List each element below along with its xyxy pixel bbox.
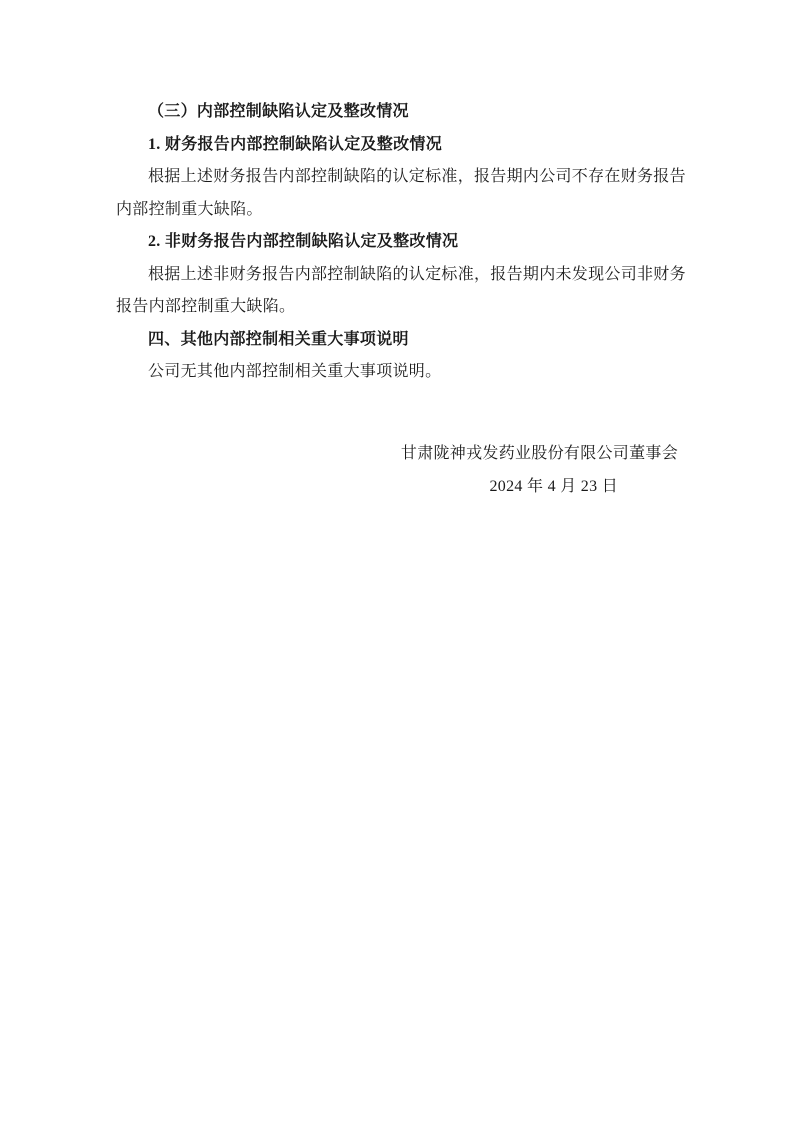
paragraph-other-matters: 公司无其他内部控制相关重大事项说明。 bbox=[116, 356, 678, 389]
document-body: （三）内部控制缺陷认定及整改情况 1. 财务报告内部控制缺陷认定及整改情况 根据… bbox=[116, 96, 678, 389]
paragraph-nonfinancial-defects-line2: 报告内部控制重大缺陷。 bbox=[116, 291, 678, 324]
section-heading-defect-identification: （三）内部控制缺陷认定及整改情况 bbox=[116, 96, 678, 129]
signature-company-name: 甘肃陇神戎发药业股份有限公司董事会 bbox=[116, 438, 678, 471]
subsection-heading-financial-report-defects: 1. 财务报告内部控制缺陷认定及整改情况 bbox=[116, 129, 678, 162]
signature-date: 2024 年 4 月 23 日 bbox=[116, 471, 678, 504]
signature-block: 甘肃陇神戎发药业股份有限公司董事会 2024 年 4 月 23 日 bbox=[116, 438, 678, 503]
paragraph-financial-defects-line1: 根据上述财务报告内部控制缺陷的认定标准，报告期内公司不存在财务报告 bbox=[116, 161, 678, 194]
subsection-heading-nonfinancial-report-defects: 2. 非财务报告内部控制缺陷认定及整改情况 bbox=[116, 226, 678, 259]
document-page: （三）内部控制缺陷认定及整改情况 1. 财务报告内部控制缺陷认定及整改情况 根据… bbox=[0, 0, 794, 1122]
paragraph-financial-defects-line2: 内部控制重大缺陷。 bbox=[116, 194, 678, 227]
paragraph-nonfinancial-defects-line1: 根据上述非财务报告内部控制缺陷的认定标准，报告期内未发现公司非财务 bbox=[116, 259, 678, 292]
section-heading-other-matters: 四、其他内部控制相关重大事项说明 bbox=[116, 324, 678, 357]
